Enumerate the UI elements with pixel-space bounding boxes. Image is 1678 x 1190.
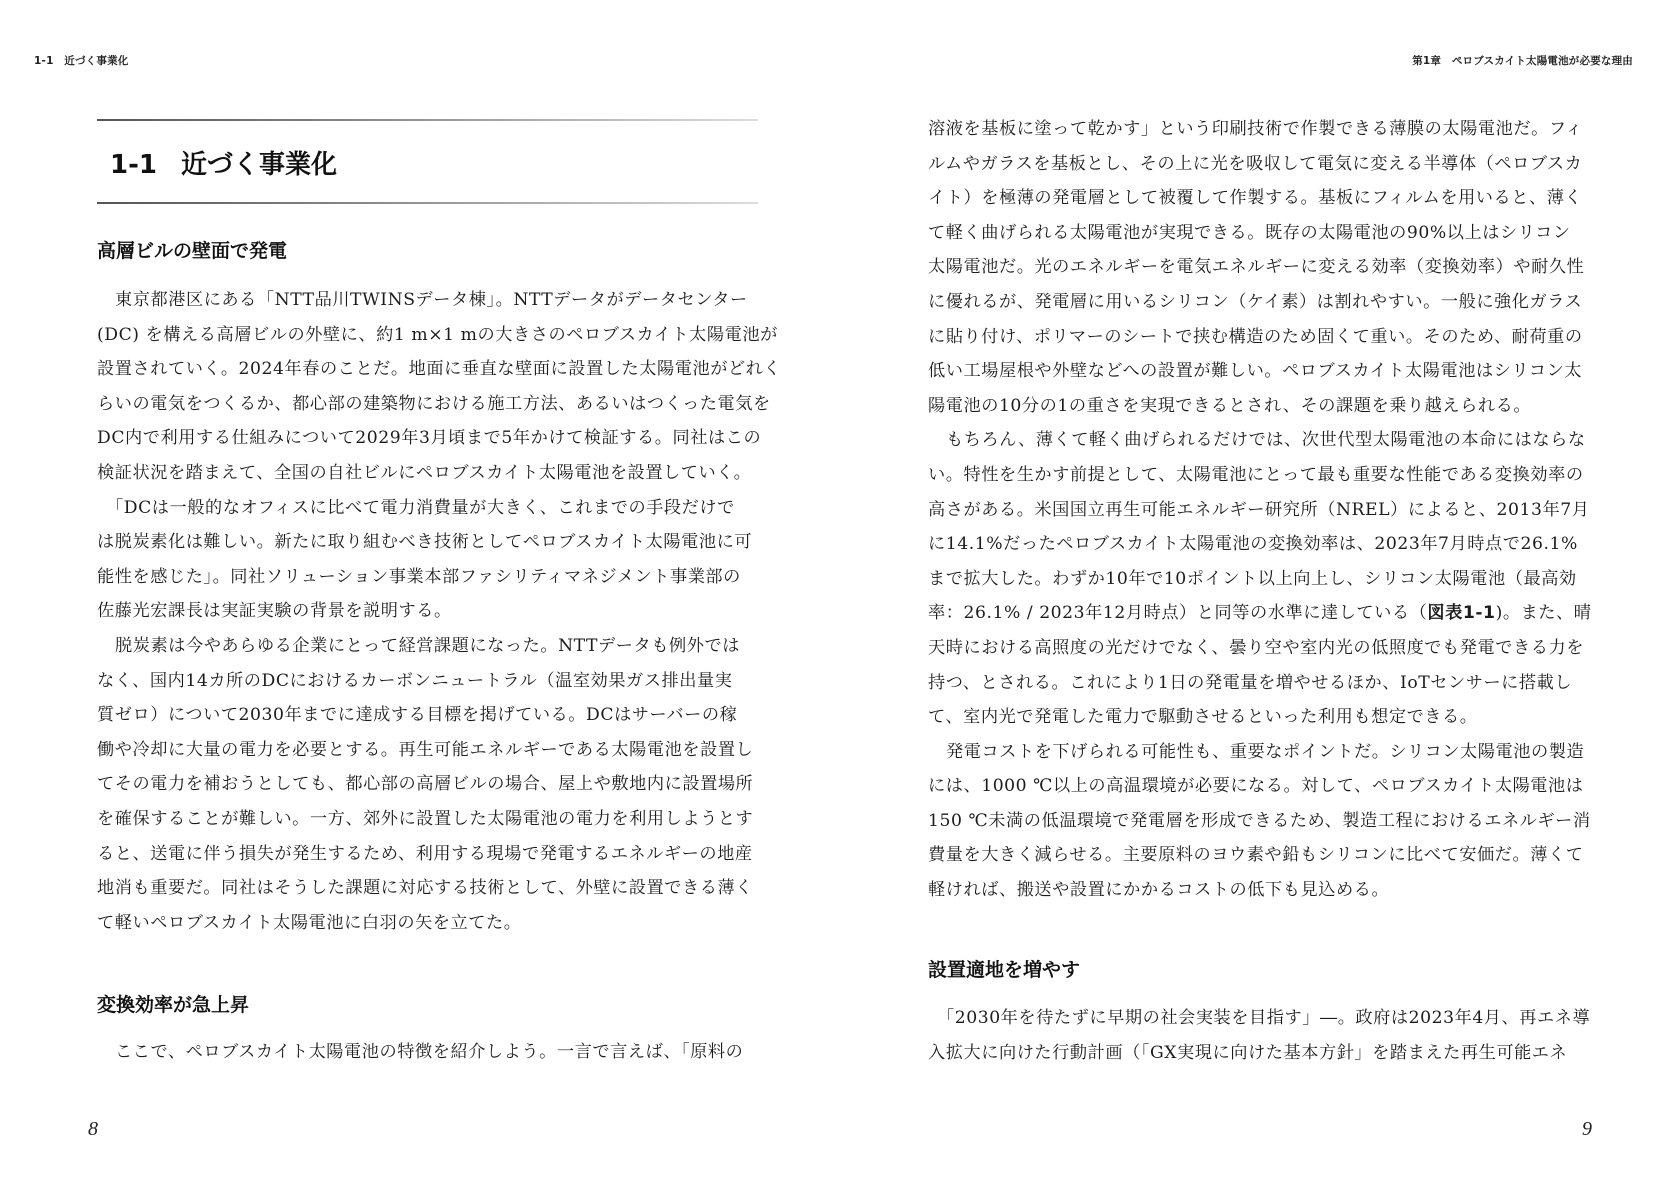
text-line: に貼り付け、ポリマーのシートで挟む構造のため固くて重い。そのため、耐荷重の <box>928 320 1592 355</box>
text-line: 低い工場屋根や外壁などへの設置が難しい。ペロブスカイト太陽電池はシリコン太 <box>928 354 1592 389</box>
left-body-block-1: 東京都港区にある「NTT品川TWINSデータ棟」。NTTデータがデータセンター … <box>97 283 781 940</box>
text-line: 働や冷却に大量の電力を必要とする。再生可能エネルギーである太陽電池を設置し <box>97 733 781 768</box>
left-page: 1-1 近づく事業化 1-1近づく事業化 高層ビルの壁面で発電 東京都港区にある… <box>0 0 839 1190</box>
text-line: て軽いペロブスカイト太陽電池に白羽の矢を立てた。 <box>97 906 781 941</box>
text-line: て、室内光で発電した電力で駆動させるといった利用も想定できる。 <box>928 700 1592 735</box>
text-line: は脱炭素化は難しい。新たに取り組むべき技術としてペロブスカイト太陽電池に可 <box>97 525 781 560</box>
running-head-left: 1-1 近づく事業化 <box>34 53 128 68</box>
text-line: 入拡大に向けた行動計画（「GX実現に向けた基本方針」を踏まえた再生可能エネ <box>928 1036 1590 1071</box>
text-line: 質ゼロ）について2030年までに達成する目標を掲げている。DCはサーバーの稼 <box>97 698 781 733</box>
section-rule-top <box>97 119 758 121</box>
left-body-block-2: ここで、ペロブスカイト太陽電池の特徴を紹介しよう。一言で言えば、「原料の <box>97 1035 743 1070</box>
text-line: ここで、ペロブスカイト太陽電池の特徴を紹介しよう。一言で言えば、「原料の <box>97 1035 743 1070</box>
text-line: 軽ければ、搬送や設置にかかるコストの低下も見込める。 <box>928 873 1592 908</box>
text-line: い。特性を生かす前提として、太陽電池にとって最も重要な性能である変換効率の <box>928 458 1592 493</box>
text-line: 佐藤光宏課長は実証実験の背景を説明する。 <box>97 594 781 629</box>
text-line: らいの電気をつくるか、都心部の建築物における施工方法、あるいはつくった電気を <box>97 387 781 422</box>
text-line: 脱炭素は今やあらゆる企業にとって経営課題になった。NTTデータも例外では <box>97 629 781 664</box>
text-line: イト）を極薄の発電層として被覆して作製する。基板にフィルムを用いると、薄く <box>928 181 1592 216</box>
text-line: 東京都港区にある「NTT品川TWINSデータ棟」。NTTデータがデータセンター <box>97 283 781 318</box>
figure-reference-link[interactable]: 図表1-1 <box>1427 603 1495 623</box>
text-line: ると、送電に伴う損失が発生するため、利用する現場で発電するエネルギーの地産 <box>97 837 781 872</box>
text-line: 「DCは一般的なオフィスに比べて電力消費量が大きく、これまでの手段だけで <box>97 491 781 526</box>
text-line: を確保することが難しい。一方、郊外に設置した太陽電池の電力を利用しようとす <box>97 802 781 837</box>
text-line: なく、国内14カ所のDCにおけるカーボンニュートラル（温室効果ガス排出量実 <box>97 664 781 699</box>
subheading-1: 高層ビルの壁面で発電 <box>97 236 287 263</box>
text-line: 高さがある。米国国立再生可能エネルギー研究所（NREL）によると、2013年7月 <box>928 493 1592 528</box>
text-line-segment: )。また、晴 <box>1496 603 1592 623</box>
text-line: ルムやガラスを基板とし、その上に光を吸収して電気に変える半導体（ペロブスカ <box>928 147 1592 182</box>
text-line: もちろん、薄くて軽く曲げられるだけでは、次世代型太陽電池の本命にはならな <box>928 423 1592 458</box>
section-title-text: 近づく事業化 <box>181 150 337 180</box>
section-number: 1-1 <box>110 150 157 180</box>
text-line: に14.1%だったペロブスカイト太陽電池の変換効率は、2023年7月時点で26.… <box>928 527 1592 562</box>
text-line: DC内で利用する仕組みについて2029年3月頃まで5年かけて検証する。同社はこの <box>97 421 781 456</box>
subheading-2: 変換効率が急上昇 <box>97 990 249 1017</box>
text-line: 天時における高照度の光だけでなく、曇り空や室内光の低照度でも発電できる力を <box>928 631 1592 666</box>
text-line: 「2030年を待たずに早期の社会実装を目指す」―。政府は2023年4月、再エネ導 <box>928 1001 1590 1036</box>
text-line: て軽く曲げられる太陽電池が実現できる。既存の太陽電池の90%以上はシリコン <box>928 216 1592 251</box>
text-line: 溶液を基板に塗って乾かす」という印刷技術で作製できる薄膜の太陽電池だ。フィ <box>928 112 1592 147</box>
section-rule-bottom <box>97 202 758 204</box>
running-head-right: 第1章 ペロブスカイト太陽電池が必要な理由 <box>1412 53 1633 68</box>
text-line: 太陽電池だ。光のエネルギーを電気エネルギーに変える効率（変換効率）や耐久性 <box>928 250 1592 285</box>
right-page: 第1章 ペロブスカイト太陽電池が必要な理由 溶液を基板に塗って乾かす」という印刷… <box>839 0 1678 1190</box>
text-line: 発電コストを下げられる可能性も、重要なポイントだ。シリコン太陽電池の製造 <box>928 735 1592 770</box>
text-line: てその電力を補おうとしても、都心部の高層ビルの場合、屋上や敷地内に設置場所 <box>97 767 781 802</box>
right-body-block-2: 「2030年を待たずに早期の社会実装を目指す」―。政府は2023年4月、再エネ導… <box>928 1001 1590 1070</box>
text-line: 能性を感じた」。同社ソリューション事業本部ファシリティマネジメント事業部の <box>97 560 781 595</box>
text-line: (DC) を構える高層ビルの外壁に、約1 m×1 mの大きさのペロブスカイト太陽… <box>97 318 781 353</box>
text-line: 費量を大きく減らせる。主要原料のヨウ素や鉛もシリコンに比べて安価だ。薄くて <box>928 838 1592 873</box>
text-line: まで拡大した。わずか10年で10ポイント以上向上し、シリコン太陽電池（最高効 <box>928 562 1592 597</box>
text-line: 陽電池の10分の1の重さを実現できるとされ、その課題を乗り越えられる。 <box>928 389 1592 424</box>
text-line: には、1000 ℃以上の高温環境が必要になる。対して、ペロブスカイト太陽電池は <box>928 769 1592 804</box>
text-line: 地消も重要だ。同社はそうした課題に対応する技術として、外壁に設置できる薄く <box>97 871 781 906</box>
text-line: 率：26.1% / 2023年12月時点）と同等の水準に達している（図表1-1)… <box>928 596 1592 631</box>
page-number-right: 9 <box>1582 1118 1592 1141</box>
text-line: 設置されていく。2024年春のことだ。地面に垂直な壁面に設置した太陽電池がどれく <box>97 352 781 387</box>
right-body-block-1: 溶液を基板に塗って乾かす」という印刷技術で作製できる薄膜の太陽電池だ。フィ ルム… <box>928 112 1592 908</box>
text-line: 150 ℃未満の低温環境で発電層を形成できるため、製造工程におけるエネルギー消 <box>928 804 1592 839</box>
page-number-left: 8 <box>88 1118 98 1141</box>
text-line: 持つ、とされる。これにより1日の発電量を増やせるほか、IoTセンサーに搭載し <box>928 666 1592 701</box>
text-line: 検証状況を踏まえて、全国の自社ビルにペロブスカイト太陽電池を設置していく。 <box>97 456 781 491</box>
text-line: に優れるが、発電層に用いるシリコン（ケイ素）は割れやすい。一般に強化ガラス <box>928 285 1592 320</box>
section-title: 1-1近づく事業化 <box>110 144 337 181</box>
text-line-segment: 率：26.1% / 2023年12月時点）と同等の水準に達している（ <box>928 603 1427 623</box>
subheading-3: 設置適地を増やす <box>928 955 1080 982</box>
